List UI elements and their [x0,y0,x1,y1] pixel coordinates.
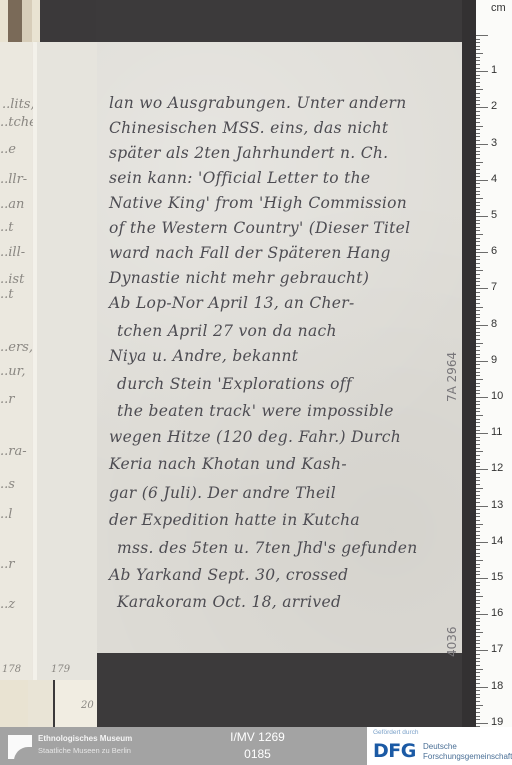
ruler-tick [476,390,480,391]
ruler-label: 2 [491,100,497,112]
letter-line: of the Western Country' (Dieser Titel [109,219,410,237]
inventory-number: I/MV 1269 [200,730,315,744]
ruler-tick [476,173,480,174]
ruler-tick [476,278,480,279]
ruler-tick [476,180,488,181]
ruler-label: 7 [491,281,497,293]
letter-line: tchen April 27 von da nach [117,322,337,340]
left-fragment: ..t [0,287,14,302]
ruler-tick [476,408,480,409]
page-number-tab: 20 [81,700,94,711]
ruler-tick [476,549,480,550]
ruler-tick [476,361,488,362]
ruler-tick [476,368,480,369]
ruler-tick [476,169,480,170]
ruler-tick [476,430,480,431]
ruler-tick [476,679,480,680]
ruler-tick [476,498,480,499]
ruler-tick [476,288,488,289]
scan-page-number: 0185 [200,747,315,761]
ruler-tick [476,285,480,286]
ruler-tick [476,611,480,612]
ruler-tick [476,100,480,101]
ruler-tick [476,386,480,387]
ruler-tick [476,531,480,532]
ruler-tick [476,488,483,489]
ruler-label: 1 [491,64,497,76]
ruler-tick [476,509,480,510]
letter-line: wegen Hitze (120 deg. Fahr.) Durch [109,428,401,446]
ruler-tick [476,647,480,648]
ruler-tick [476,643,480,644]
ruler-tick [476,252,488,253]
ruler-tick [476,422,480,423]
ruler-tick [476,126,483,127]
ruler-tick [476,433,488,434]
ruler-tick [476,451,483,452]
ruler-tick [476,383,480,384]
ruler-tick [476,545,480,546]
left-fragment: ..ist [0,272,24,287]
left-fragment: ..z [0,597,15,612]
ruler-tick [476,93,480,94]
ruler-tick [476,267,480,268]
ruler-tick [476,162,483,163]
ruler-tick [476,314,480,315]
ruler-tick [476,60,480,61]
ruler-tick [476,520,480,521]
letter-line: Ab Lop-Nor April 13, an Cher- [109,294,355,312]
ruler-tick [476,82,480,83]
letter-line: the beaten track' were impossible [117,402,394,420]
ruler-tick [476,39,480,40]
ruler-tick [476,397,488,398]
ruler-label: 3 [491,137,497,149]
ruler-label: 6 [491,245,497,257]
margin-note-folio: 4036 [445,626,459,657]
museum-logo-icon [8,735,32,759]
ruler-tick [476,299,480,300]
museum-subtitle: Staatliche Museen zu Berlin [38,746,131,755]
margin-note-archive-number: 7A 2964 [445,352,459,402]
letter-line: der Expedition hatte in Kutcha [109,511,360,529]
middle-page: 179 [37,42,97,680]
ruler-tick [476,466,480,467]
ruler-tick [476,462,480,463]
handwritten-letter: lan wo Ausgrabungen. Unter andern Chines… [97,42,463,653]
ruler-tick [476,296,480,297]
letter-line: Native King' from 'High Commission [109,194,407,212]
ruler-label: 16 [491,607,503,619]
ruler-tick [476,241,480,242]
ruler-tick [476,640,480,641]
ruler-tick [476,194,480,195]
ruler-tick [476,712,480,713]
ruler-tick [476,212,480,213]
ruler-tick [476,618,480,619]
ruler-tick [476,97,480,98]
ruler-tick [476,154,480,155]
ruler-tick [476,574,480,575]
letter-line: Niya u. Andre, bekannt [109,347,298,365]
letter-line: durch Stein 'Explorations off [117,375,352,393]
ruler-tick [476,176,480,177]
ruler-tick [476,455,480,456]
ruler-tick [476,328,480,329]
ruler-tick [476,375,480,376]
ruler-label: 14 [491,535,503,547]
ruler-label: 11 [491,426,502,438]
ruler-label: 13 [491,499,503,511]
ruler-tick [476,437,480,438]
ruler-tick [476,502,480,503]
ruler-label: 10 [491,390,503,402]
left-fragment: ..llr- [0,172,27,187]
ruler-tick [476,49,480,50]
ruler-tick [476,419,480,420]
ruler-tick [476,357,480,358]
ruler-tick [476,209,480,210]
ruler-tick [476,516,480,517]
ruler-tick [476,234,483,235]
ruler-tick [476,68,480,69]
ruler-tick [476,393,480,394]
ruler-tick [476,404,480,405]
ruler-tick [476,187,480,188]
ruler-tick [476,165,480,166]
left-fragment: ..ra- [0,444,27,459]
ruler-tick [476,654,480,655]
ruler-tick [476,556,480,557]
letter-line: Chinesischen MSS. eins, das nicht [109,119,388,137]
left-page: ..lits, ..tchen. ..e ..llr- ..an ..t ..i… [0,42,37,680]
ruler-tick [476,542,488,543]
ruler-tick [476,585,480,586]
letter-line: lan wo Ausgrabungen. Unter andern [109,94,407,112]
ruler-tick [476,335,480,336]
ruler-tick [476,46,480,47]
ruler-tick [476,477,480,478]
ruler-tick [476,582,480,583]
ruler-tick [476,198,483,199]
ruler-tick [476,104,480,105]
ruler-tick [476,223,480,224]
ruler-tick [476,625,480,626]
page-tab: 20 [55,680,97,727]
ruler-tick [476,697,480,698]
ruler-tick [476,632,483,633]
ruler-tick [476,665,480,666]
ruler-tick [476,346,480,347]
ruler-tick [476,480,480,481]
ruler-tick [476,708,480,709]
ruler-label: 12 [491,462,503,474]
ruler-tick [476,683,480,684]
ruler-tick [476,259,480,260]
ruler-tick [476,592,480,593]
left-fragment: ..s [0,477,15,492]
left-fragment: ..t [0,220,14,235]
ruler-tick [476,274,480,275]
ruler-tick [476,238,480,239]
ruler-label: 15 [491,571,503,583]
ruler-tick [476,676,480,677]
ruler-tick [476,202,480,203]
ruler-tick [476,440,480,441]
ruler-tick [476,310,480,311]
ruler-tick [476,158,480,159]
ruler-tick [476,216,488,217]
ruler-tick [476,553,480,554]
ruler-tick [476,506,488,507]
ruler-label: 9 [491,354,497,366]
ruler-tick [476,78,480,79]
ruler-tick [476,687,488,688]
ruler-tick [476,527,480,528]
ruler-tick [476,256,480,257]
ruler-tick [476,567,480,568]
letter-line: gar (6 Juli). Der andre Theil [109,484,336,502]
page-number-middle: 179 [51,664,70,675]
ruler-tick [476,144,488,145]
ruler-tick [476,317,480,318]
ruler-label: 4 [491,173,497,185]
ruler-tick [476,372,480,373]
footer-bar: Ethnologisches Museum Staatliche Museen … [0,727,512,765]
ruler-tick [476,524,483,525]
ruler-tick [476,513,480,514]
ruler-label: 17 [491,643,503,655]
ruler-tick [476,629,480,630]
ruler-tick [476,694,480,695]
ruler-tick [476,350,480,351]
left-fragment: ..ers, [0,340,33,355]
ruler-tick [476,636,480,637]
ruler-tick [476,53,483,54]
ruler-tick [476,614,488,615]
ruler-tick [476,650,488,651]
ruler-tick [476,607,480,608]
left-fragment: ..lits, [2,97,35,112]
funder-name-line2: Forschungsgemeinschaft [423,752,512,761]
ruler-tick [476,411,480,412]
letter-line: sein kann: 'Official Letter to the [109,169,370,187]
ruler-tick [476,57,480,58]
page-tab [28,680,53,727]
ruler-tick [476,560,483,561]
ruler-tick [476,658,480,659]
ruler-tick [476,444,480,445]
ruler-tick [476,75,480,76]
funding-label: Gefördert durch [373,729,419,736]
ruler-tick [476,589,480,590]
letter-line: später als 2ten Jahrhundert n. Ch. [109,144,388,162]
ruler-tick [476,719,480,720]
ruler-tick [476,672,480,673]
ruler-tick [476,669,483,670]
ruler-tick [476,339,480,340]
ruler-tick [476,426,480,427]
ruler-tick [476,35,488,36]
ruler-tick [476,716,480,717]
ruler-tick [476,621,480,622]
left-fragment: ..ur, [0,364,26,379]
ruler-tick [476,701,480,702]
funder-panel: Gefördert durch DFG Deutsche Forschungsg… [367,727,512,765]
ruler-tick [476,325,488,326]
background-edge [22,0,32,42]
ruler-label: 19 [491,716,503,727]
ruler-tick [476,147,480,148]
ruler-tick [476,600,480,601]
ruler-tick [476,307,483,308]
ruler-tick [476,281,480,282]
ruler-tick [476,596,483,597]
ruler-tick [476,129,480,130]
ruler-tick [476,354,480,355]
ruler-tick [476,491,480,492]
letter-line: Keria nach Khotan und Kash- [109,455,347,473]
ruler-tick [476,321,480,322]
ruler-tick [476,495,480,496]
left-fragment: ..l [0,507,12,522]
ruler-tick [476,205,480,206]
ruler-tick [476,401,480,402]
page-number-left: 178 [2,664,21,675]
ruler-tick [476,107,488,108]
letter-line: Karakoram Oct. 18, arrived [117,593,341,611]
letter-line: Ab Yarkand Sept. 30, crossed [109,566,348,584]
ruler-tick [476,473,480,474]
ruler-tick [476,122,480,123]
left-fragment: ..an [0,197,24,212]
dfg-logo-icon: DFG [373,740,416,762]
ruler-tick [476,71,488,72]
ruler-tick [476,133,480,134]
ruler-tick [476,42,480,43]
museum-name: Ethnologisches Museum [38,734,132,743]
ruler-tick [476,292,480,293]
ruler-tick [476,578,488,579]
ruler-tick [476,535,480,536]
ruler-tick [476,118,480,119]
ruler-label: 8 [491,318,497,330]
ruler-tick [476,245,480,246]
funder-name-line1: Deutsche [423,742,457,751]
ruler-tick [476,183,480,184]
letter-line: Dynastie nicht mehr gebraucht) [109,269,369,287]
background-edge [8,0,22,42]
ruler-tick [476,690,480,691]
letter-line: ward nach Fall der Späteren Hang [109,244,391,262]
ruler-unit: cm [491,2,506,14]
left-fragment: ..r [0,392,14,407]
ruler-tick [476,415,483,416]
ruler-tick [476,230,480,231]
ruler-tick [476,111,480,112]
ruler-tick [476,89,483,90]
ruler-tick [476,249,480,250]
letter-line: mss. des 5ten u. 7ten Jhd's gefunden [117,539,418,557]
ruler-tick [476,115,480,116]
left-fragment: ..e [0,142,16,157]
ruler-tick [476,136,480,137]
ruler-tick [476,538,480,539]
ruler-tick [476,571,480,572]
cm-ruler: cm 12345678910111213141516171819 [476,0,512,727]
ruler-tick [476,332,480,333]
ruler-tick [476,227,480,228]
ruler-tick [476,270,483,271]
ruler-tick [476,469,488,470]
ruler-tick [476,86,480,87]
ruler-tick [476,705,483,706]
left-fragment: ..r [0,557,14,572]
ruler-tick [476,343,483,344]
ruler-tick [476,459,480,460]
ruler-tick [476,303,480,304]
ruler-tick [476,140,480,141]
ruler-tick [476,723,488,724]
left-fragment: ..ill- [0,245,25,260]
ruler-label: 18 [491,680,503,692]
ruler-tick [476,191,480,192]
document-scan: ..lits, ..tchen. ..e ..llr- ..an ..t ..i… [0,0,512,727]
ruler-tick [476,263,480,264]
ruler-tick [476,484,480,485]
ruler-tick [476,661,480,662]
ruler-tick [476,448,480,449]
ruler-tick [476,364,480,365]
ruler-tick [476,379,483,380]
ruler-tick [476,151,480,152]
ruler-tick [476,64,480,65]
ruler-tick [476,603,480,604]
ruler-label: 5 [491,209,497,221]
ruler-tick [476,564,480,565]
ruler-tick [476,220,480,221]
